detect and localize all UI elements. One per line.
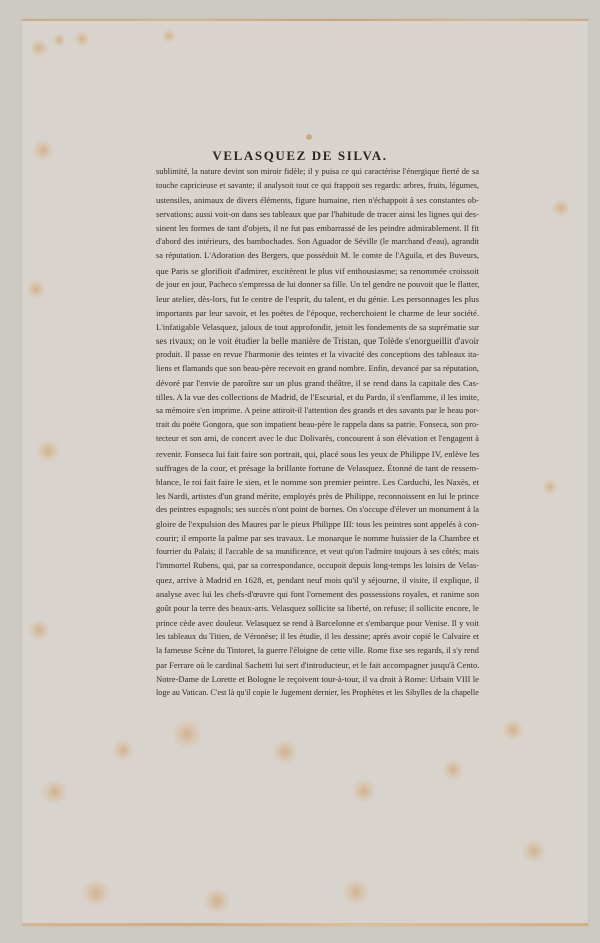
stain xyxy=(112,739,134,761)
text-line: sublimité, la nature devint son miroir f… xyxy=(156,165,479,179)
text-line: leur atelier, dès-lors, fut le centre de… xyxy=(156,292,479,306)
text-line: les tableaux du Titien, de Véronèse; il … xyxy=(156,630,479,644)
text-line: L'infatigable Velasquez, jaloux de tout … xyxy=(156,320,479,334)
sheet-bottom-edge xyxy=(22,923,588,926)
text-line: des peintres espagnols; ses succès n'ont… xyxy=(156,503,479,517)
stain xyxy=(42,779,68,805)
stain xyxy=(552,199,570,217)
text-line: que Paris se glorifioit d'admirer, excit… xyxy=(156,264,479,278)
text-line: d'abord des intérieurs, des bambochades.… xyxy=(156,235,479,249)
text-line: touche capricieuse et savante; il analys… xyxy=(156,179,479,193)
text-line: les Nardi, artistes d'un grand mérite, e… xyxy=(156,489,479,503)
text-line: quez, arrive à Madrid en 1628, et, penda… xyxy=(156,573,479,587)
text-line: ses rivaux; on le voit étudier la belle … xyxy=(156,334,479,348)
page-title: VELASQUEZ DE SILVA. xyxy=(0,148,600,164)
text-line: blance, le roi fait faire le sien, et le… xyxy=(156,475,479,489)
stain xyxy=(36,439,60,463)
stain xyxy=(522,839,546,863)
stain xyxy=(28,619,50,641)
text-line: Notre-Dame de Lorette et Bologne le reço… xyxy=(156,672,479,686)
text-line: prince cède avec douleur. Velasquez se r… xyxy=(156,616,479,630)
text-line: la fameuse Scène du Tintoret, la guerre … xyxy=(156,644,479,658)
text-line: analyse avec lui les chefs-d'œuvre qui f… xyxy=(156,587,479,601)
text-line: par Ferrare où le cardinal Sachetti lui … xyxy=(156,658,479,672)
text-line: trait du poëte Gongora, que son impatien… xyxy=(156,418,479,432)
text-line: goût pour la terre des beaux-arts. Velas… xyxy=(156,601,479,615)
stain xyxy=(26,279,46,299)
stain xyxy=(162,29,176,43)
stain xyxy=(52,33,66,47)
sheet-top-edge xyxy=(22,19,588,21)
text-line: sa réputation. L'Adoration des Bergers, … xyxy=(156,249,479,263)
text-line: servations; aussi voit-on dans ses table… xyxy=(156,207,479,221)
text-line: ustensiles, animaux de divers éléments, … xyxy=(156,193,479,207)
text-line: loge au Vatican. C'est là qu'il copie le… xyxy=(156,686,479,700)
stain xyxy=(502,719,524,741)
stain xyxy=(272,739,298,765)
stain xyxy=(172,719,202,749)
text-line: importants par leur savoir, et les poëte… xyxy=(156,306,479,320)
text-line: dévoré par l'envie de paroître sur un pl… xyxy=(156,376,479,390)
stain xyxy=(82,879,110,907)
stain xyxy=(74,31,90,47)
stain xyxy=(442,759,464,781)
text-line: tecteur et son ami, de concert avec le d… xyxy=(156,432,479,446)
text-line: courir; il emporte la palme par ses trav… xyxy=(156,531,479,545)
stain xyxy=(542,479,558,495)
title-ornament xyxy=(306,134,312,140)
stain xyxy=(30,39,48,57)
text-line: gloire de l'expulsion des Maures par le … xyxy=(156,517,479,531)
text-line: sinent les formes de tant d'objets, il n… xyxy=(156,221,479,235)
text-line: fourrier du Palais; il l'accable de sa m… xyxy=(156,545,479,559)
text-line: tilles. A la vue des collections de Madr… xyxy=(156,390,479,404)
text-line: produit. Il passe en revue l'harmonie de… xyxy=(156,348,479,362)
text-line: de jour en jour, Pacheco s'empressa de l… xyxy=(156,278,479,292)
stain xyxy=(342,879,370,905)
text-line: sa mémoire s'en imprime. A peine attiroi… xyxy=(156,404,479,418)
text-line: suffrages de la cour, et présage la bril… xyxy=(156,461,479,475)
body-text: sublimité, la nature devint son miroir f… xyxy=(156,165,479,700)
text-line: liens et flamands que son beau-père rece… xyxy=(156,362,479,376)
stain xyxy=(202,889,232,913)
text-line: l'immortel Rubens, qui, par sa correspon… xyxy=(156,559,479,573)
text-line: revenir. Fonseca lui fait faire son port… xyxy=(156,447,479,461)
stain xyxy=(352,779,376,803)
